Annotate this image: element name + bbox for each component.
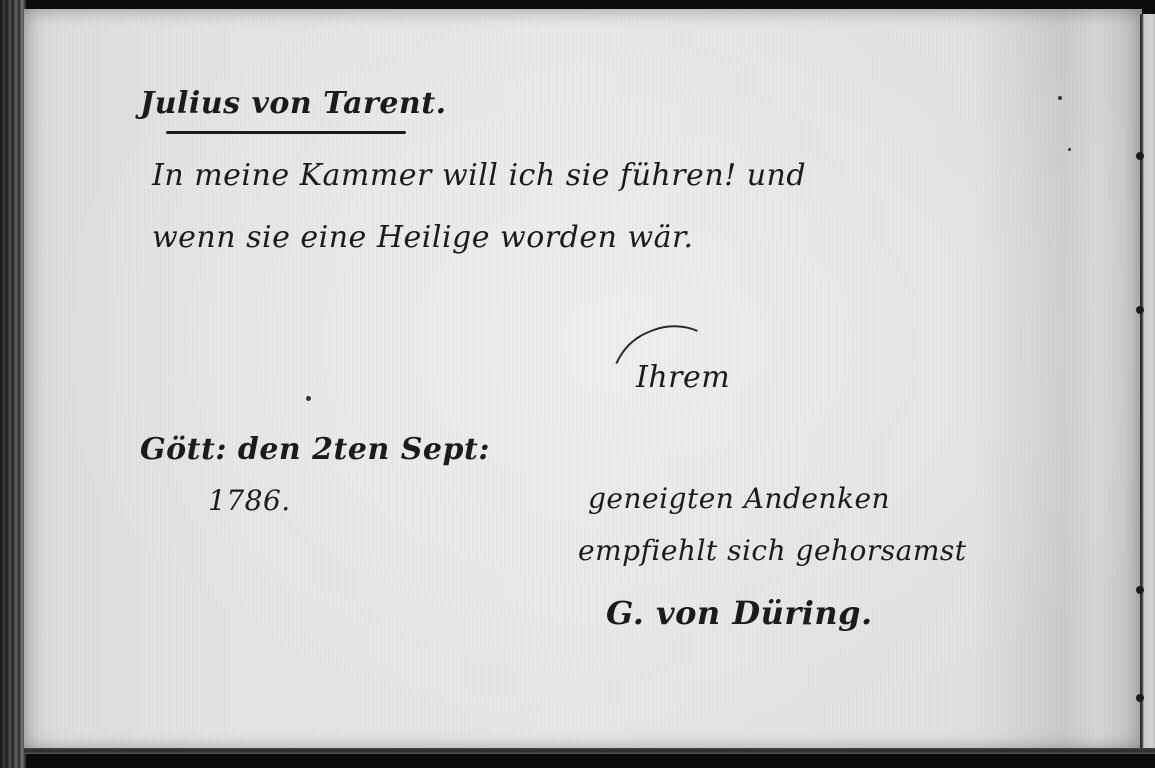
page-bottom-edge [24, 748, 1155, 754]
greeting: Ihrem [636, 360, 730, 395]
title-underline [166, 131, 406, 134]
closing-line-2: empfiehlt sich gehorsamst [578, 534, 967, 567]
binding-pin [1136, 694, 1144, 702]
place-date-line-1: Gött: den 2ten Sept: [140, 432, 490, 467]
quote-line-2: wenn sie eine Heilige worden wär. [152, 220, 694, 255]
ink-speck [306, 396, 311, 401]
page-right-edge [1140, 14, 1155, 749]
book-binding-edge [0, 0, 26, 768]
place-date-line-2: 1786. [208, 484, 291, 517]
binding-pin [1136, 152, 1144, 160]
closing-line-1: geneigten Andenken [588, 482, 890, 515]
signature: G. von Düring. [606, 594, 873, 632]
ink-speck [1068, 148, 1071, 151]
quote-line-1: In meine Kammer will ich sie führen! und [152, 158, 806, 193]
binding-pin [1136, 586, 1144, 594]
binding-pin [1136, 306, 1144, 314]
ink-speck [1058, 96, 1062, 100]
entry-title: Julius von Tarent. [140, 86, 447, 121]
